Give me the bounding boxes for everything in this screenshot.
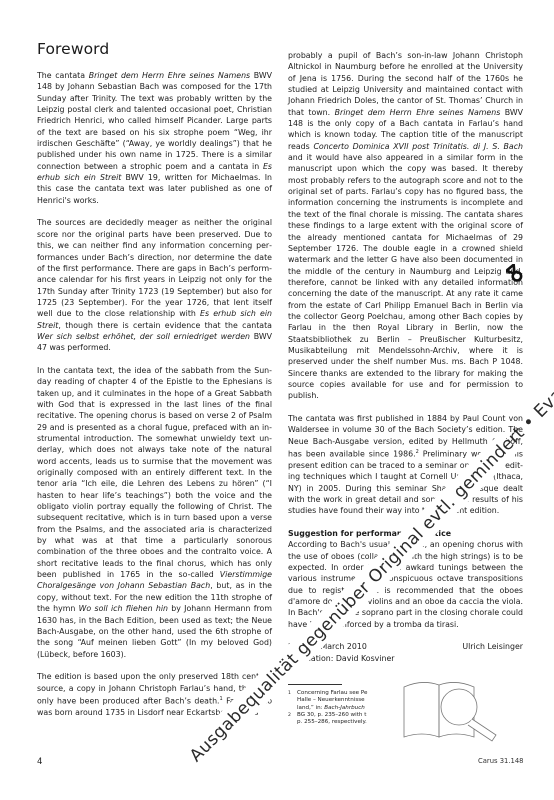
paragraph-farlau: probably a pupil of Bach’s son-in-law Jo… [288, 50, 523, 402]
footnote-text: BG 30, p. 235–260 with t p. 255–286, res… [297, 712, 367, 727]
page-title: Foreword [37, 40, 109, 58]
text: Halle – Neuerkenntnisse [297, 697, 365, 703]
text: land,” in: [297, 705, 324, 711]
text: following of Christ. The subsequent reci… [37, 502, 272, 579]
catalog-number: Carus 31.148 [478, 757, 524, 765]
paragraph-sources: The sources are decidedly meager as neit… [37, 217, 272, 353]
translation-credit: Translation: David Kosviner [288, 653, 523, 664]
place-date: Leipzig, March 2010 [288, 641, 367, 652]
work-title: Bringet dem Herrn Ehre seines Namens [89, 71, 250, 80]
footnote-text: Concerning Farlau see Pe Halle – Neuerke… [297, 690, 368, 712]
work-title: Wer sich selbst erhöhet, der soll ernied… [37, 332, 250, 341]
text: BWV 148 by Johann Sebastian Bach was com… [37, 71, 272, 171]
left-column: The cantata Bringet dem Herrn Ehre seine… [37, 70, 272, 730]
work-title: Bringet dem Herrn Ehre seines Namens [335, 108, 501, 117]
section-heading: Suggestion for performance practice [288, 528, 523, 539]
document-page: Foreword The cantata Bringet dem Herrn E… [0, 0, 554, 800]
right-column: probably a pupil of Bach’s son-in-law Jo… [288, 50, 523, 727]
text: p. 255–286, respectively. [297, 719, 367, 725]
paragraph-performance: According to Bach's usual practice, an o… [288, 539, 523, 630]
text: Preliminary work for this present editio… [288, 450, 523, 516]
caption-title: Concerto Dominica XVII post Trinitatis. … [313, 142, 523, 151]
author: Ulrich Leisinger [462, 641, 523, 652]
page-number: 4 [37, 757, 42, 767]
work-title: Wo soll ich fliehen hin [79, 604, 168, 613]
paragraph-publication: The cantata was first published in 1884 … [288, 413, 523, 517]
text: The cantata [37, 71, 89, 80]
text: Concerning Farlau see Pe [297, 690, 368, 696]
journal-title: Bach-Jahrbuch [324, 705, 365, 711]
magnifier-book-icon [400, 675, 510, 745]
footnote-number: 2 [288, 712, 297, 727]
footnote-divider [288, 684, 342, 685]
carus-logo-icon [506, 264, 524, 284]
signature-line: Leipzig, March 2010 Ulrich Leisinger [288, 641, 523, 652]
text: and it would have also appeared in a sim… [288, 153, 523, 400]
paragraph-intro: The cantata Bringet dem Herrn Ehre seine… [37, 70, 272, 206]
text: In the cantata text, the idea of the sab… [37, 366, 272, 511]
footnote-number: 1 [288, 690, 297, 712]
paragraph-cantata-text: In the cantata text, the idea of the sab… [37, 365, 272, 660]
paragraph-edition: The edition is based upon the only prese… [37, 671, 272, 718]
text: , though there is certain evidence that … [58, 321, 272, 330]
text: The sources are decidedly meager as neit… [37, 218, 272, 318]
text: BG 30, p. 235–260 with t [297, 712, 366, 718]
